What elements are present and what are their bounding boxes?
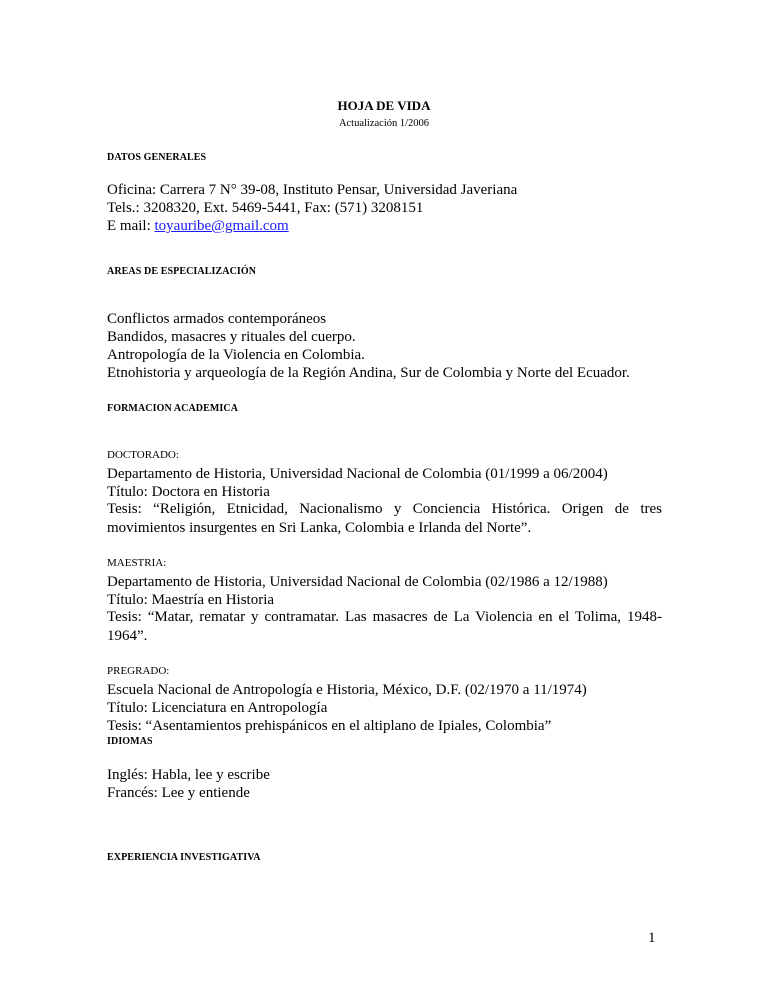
email-label: E mail: <box>107 218 155 234</box>
area-item: Antropología de la Violencia en Colombia… <box>107 346 365 364</box>
document-subtitle: Actualización 1/2006 <box>0 118 768 129</box>
maestria-label: MAESTRIA: <box>107 557 166 569</box>
idioma-item: Francés: Lee y entiende <box>107 784 250 802</box>
doctorado-institucion: Departamento de Historia, Universidad Na… <box>107 465 608 483</box>
document-title: HOJA DE VIDA <box>0 98 768 114</box>
area-item: Conflictos armados contemporáneos <box>107 310 326 328</box>
doctorado-label: DOCTORADO: <box>107 449 179 461</box>
maestria-institucion: Departamento de Historia, Universidad Na… <box>107 573 608 591</box>
heading-formacion: FORMACION ACADEMICA <box>107 403 238 414</box>
heading-areas: AREAS DE ESPECIALIZACIÓN <box>107 266 256 277</box>
pregrado-label: PREGRADO: <box>107 665 169 677</box>
heading-experiencia: EXPERIENCIA INVESTIGATIVA <box>107 852 261 863</box>
email-link[interactable]: toyauribe@gmail.com <box>155 218 289 234</box>
maestria-titulo: Título: Maestría en Historia <box>107 591 274 609</box>
doctorado-tesis: Tesis: “Religión, Etnicidad, Nacionalism… <box>107 500 662 538</box>
page-number: 1 <box>648 930 656 947</box>
idioma-item: Inglés: Habla, lee y escribe <box>107 766 270 784</box>
heading-idiomas: IDIOMAS <box>107 736 153 747</box>
pregrado-titulo: Título: Licenciatura en Antropología <box>107 699 327 717</box>
telefonos-line: Tels.: 3208320, Ext. 5469-5441, Fax: (57… <box>107 199 423 217</box>
pregrado-tesis: Tesis: “Asentamientos prehispánicos en e… <box>107 717 551 735</box>
heading-datos-generales: DATOS GENERALES <box>107 152 206 163</box>
area-item: Bandidos, masacres y rituales del cuerpo… <box>107 328 356 346</box>
document-page: HOJA DE VIDA Actualización 1/2006 DATOS … <box>0 0 768 994</box>
oficina-line: Oficina: Carrera 7 N° 39-08, Instituto P… <box>107 181 517 199</box>
maestria-tesis: Tesis: “Matar, rematar y contramatar. La… <box>107 608 662 646</box>
doctorado-titulo: Título: Doctora en Historia <box>107 483 270 501</box>
email-line: E mail: toyauribe@gmail.com <box>107 217 289 235</box>
pregrado-institucion: Escuela Nacional de Antropología e Histo… <box>107 681 587 699</box>
area-item: Etnohistoria y arqueología de la Región … <box>107 364 630 382</box>
